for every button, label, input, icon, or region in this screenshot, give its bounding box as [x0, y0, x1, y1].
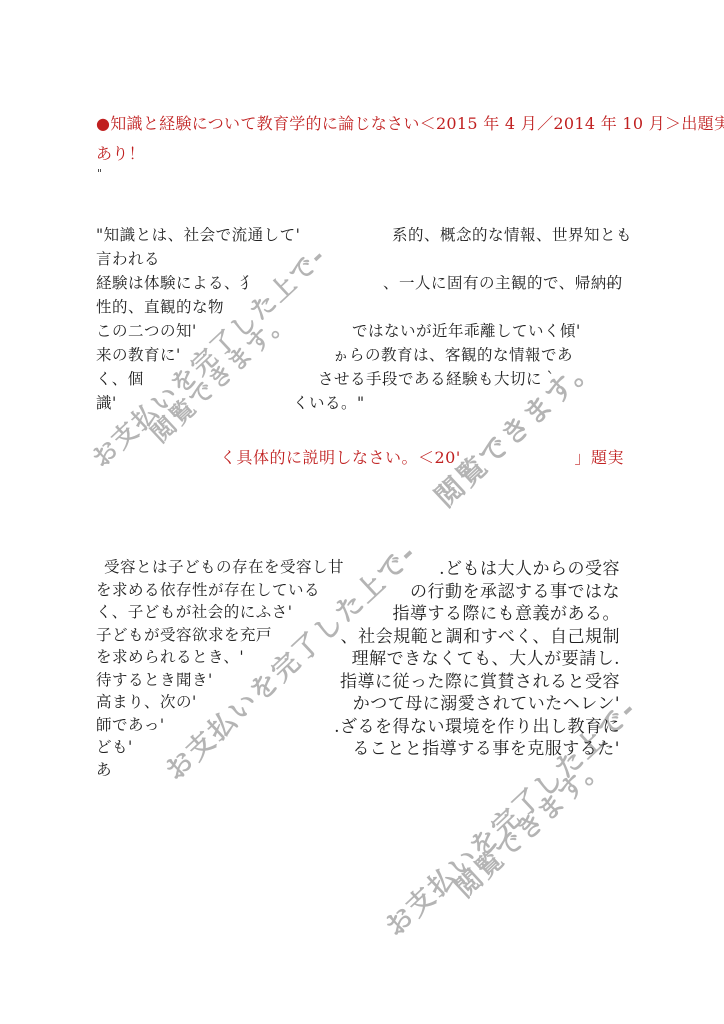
masked-text-line: "知識とは、社会で流通して'	[96, 228, 300, 244]
masked-text-line: ゕらの教育は、客観的な情報であ	[333, 348, 573, 364]
masked-text-line: 理解できなくても、大人が要請し.	[352, 651, 620, 668]
masked-text-line: .ざるを得ない環境を作り出し教育に	[334, 719, 620, 736]
masked-text-line: く、個	[96, 372, 144, 388]
masked-text-line: 性的、直観的な物	[96, 300, 224, 316]
masked-text-line: くいる。"	[293, 396, 365, 412]
masked-text-line: を求められるとき、'	[96, 650, 244, 666]
cut-glyph-fragment: ⇀	[606, 278, 617, 290]
masked-text-line: ども'	[96, 740, 133, 756]
masked-text-line: かつて母に溺愛されていたヘレン'	[353, 696, 620, 713]
question-heading2-right: 」題実	[574, 450, 624, 466]
masked-text-line: 、社会規範と調和すべく、自己規制	[341, 629, 620, 646]
masked-text-line: ることと指導する事を克服するた'	[352, 741, 620, 758]
masked-text-line: させる手段である経験も大切に｀	[318, 372, 558, 388]
masked-text-line: 指導に従った際に賞賛されると受容	[340, 674, 620, 691]
masked-text-line: 待するとき聞き'	[96, 673, 213, 689]
question-heading2-left: く具体的に説明しなさい。＜20'	[220, 450, 461, 466]
masked-text-line: を求める依存性が存在している	[96, 583, 320, 599]
question-heading-line1: ●知識と経験について教育学的に論じなさい＜2015 年 4 月／2014 年 1…	[96, 116, 724, 132]
masked-text-line: .どもは大人からの受容	[439, 561, 620, 578]
masked-text-line: 言われる	[96, 252, 160, 268]
masked-text-line: 来の教育に'	[96, 348, 181, 364]
masked-text-line: 、一人に固有の主観的で、帰納的	[383, 276, 623, 292]
masked-text-line: の行動を承認する事ではな	[410, 584, 620, 601]
masked-text-line: この二つの知'	[96, 324, 197, 340]
masked-text-line: 子どもが受容欲求を充戸	[96, 628, 272, 644]
document-page: お支払いを完了した上で- 閲覧できます。 お支払いを完了した上で- 閲覧できます…	[0, 0, 724, 1024]
masked-text-line: く、子どもが社会的にふさ'	[96, 605, 292, 621]
masked-text-line: 師であっ'	[96, 718, 165, 734]
masked-text-line: ではないが近年乖離していく傾'	[352, 324, 581, 340]
question-heading-line2: あり！	[96, 146, 145, 162]
stray-quote-mark: "	[97, 168, 103, 179]
masked-text-line: 経験は体験による、犭	[96, 276, 256, 292]
masked-text-line: 系的、概念的な情報、世界知とも	[392, 228, 632, 244]
masked-text-line: 高まり、次の'	[96, 695, 197, 711]
masked-text-line: 指導する際にも意義がある。	[393, 606, 621, 623]
masked-text-line: 識'	[96, 396, 117, 412]
payment-watermark-text: 閲覧できます。	[451, 751, 611, 902]
masked-text-line: 受容とは子どもの存在を受容し甘	[104, 560, 344, 576]
masked-text-line: あ	[96, 763, 112, 779]
